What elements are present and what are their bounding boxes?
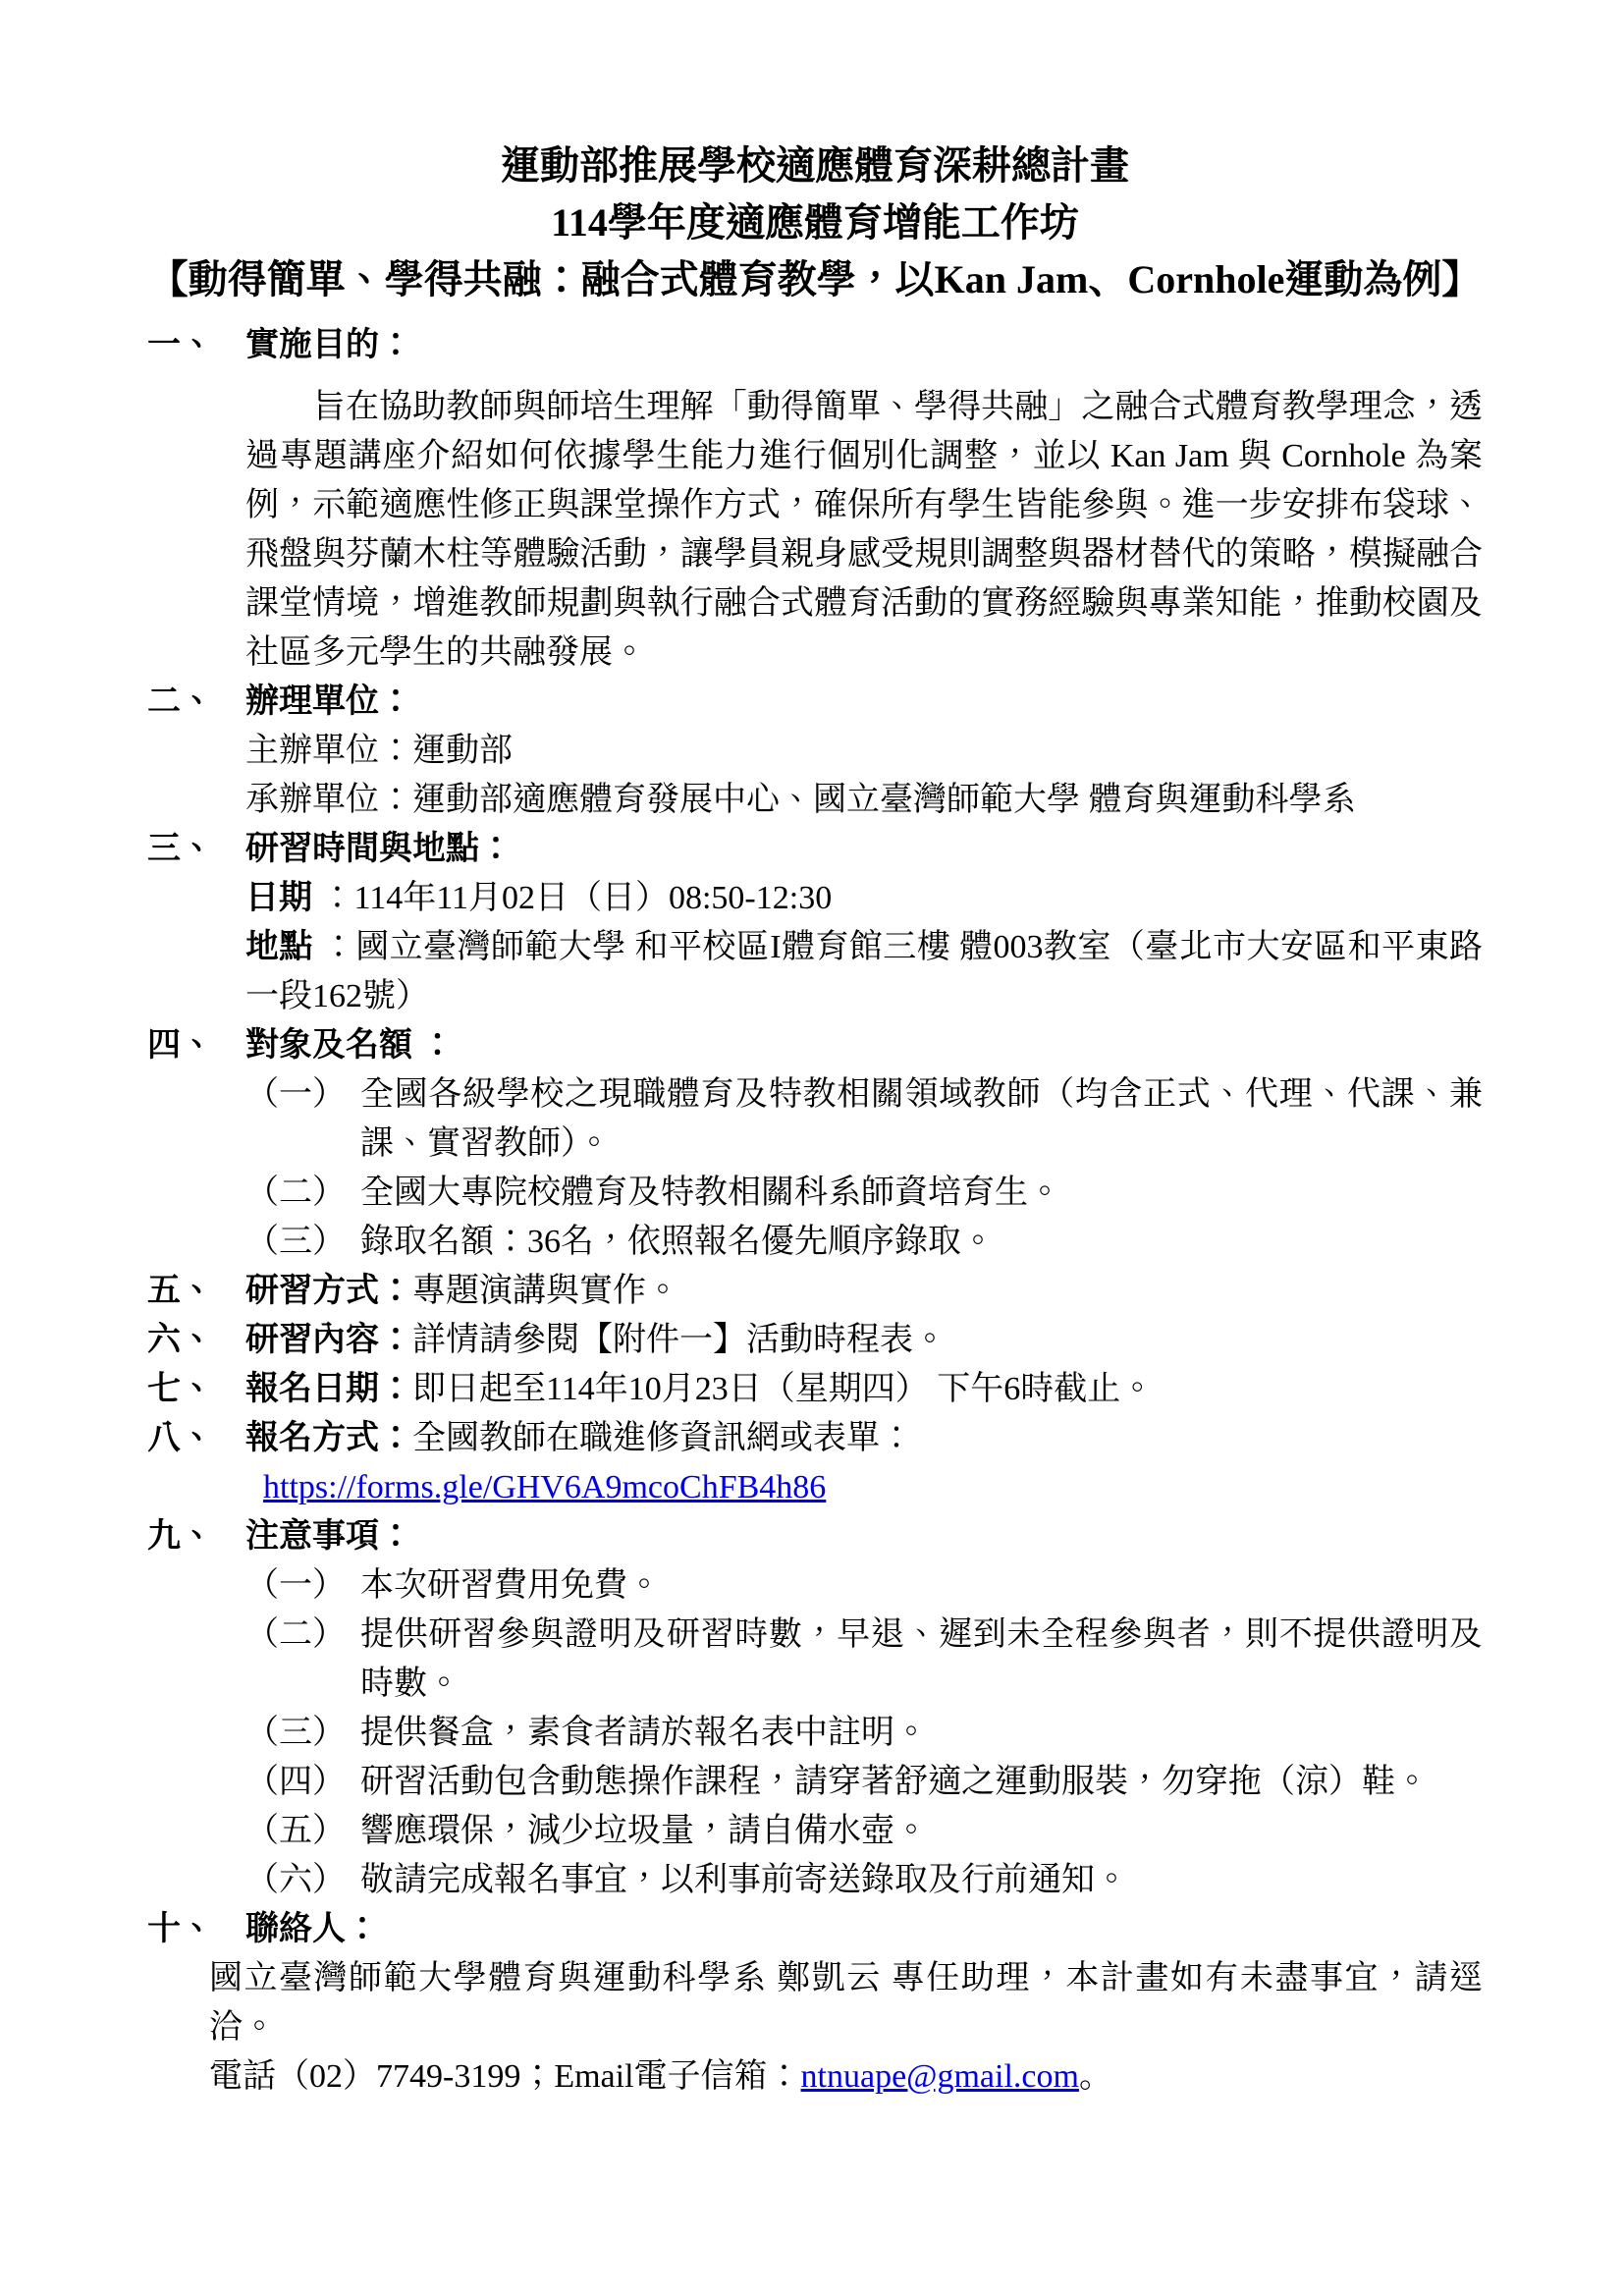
date-value: ：114年11月02日（日）08:50-12:30 xyxy=(312,880,832,916)
list-marker: （五） xyxy=(245,1807,360,1856)
list-item-text: 本次研習費用免費。 xyxy=(360,1561,1483,1611)
list-item-text: 響應環保，減少垃圾量，請自備水壺。 xyxy=(360,1807,1483,1856)
section-number: 二、 xyxy=(147,678,245,727)
section-6-row: 六、 研習內容：詳情請參閱【附件一】活動時程表。 xyxy=(147,1316,1483,1365)
list-item-text: 錄取名額：36名，依照報名優先順序錄取。 xyxy=(360,1218,1483,1267)
list-item: （一） 全國各級學校之現職體育及特教相關領域教師（均含正式、代理、代課、兼課、實… xyxy=(245,1070,1483,1169)
section-heading: 對象及名額 ： xyxy=(245,1021,455,1070)
document-page: 運動部推展學校適應體育深耕總計畫 114學年度適應體育增能工作坊 【動得簡單、學… xyxy=(0,0,1624,2296)
doc-title-line1: 運動部推展學校適應體育深耕總計畫 xyxy=(128,137,1502,194)
section-heading: 注意事項： xyxy=(245,1512,412,1561)
list-item: （六） 敬請完成報名事宜，以利事前寄送錄取及行前通知。 xyxy=(245,1856,1483,1905)
list-item: （三） 錄取名額：36名，依照報名優先順序錄取。 xyxy=(245,1218,1483,1267)
list-marker: （一） xyxy=(245,1070,360,1120)
section-number: 三、 xyxy=(147,825,245,874)
list-item: （四） 研習活動包含動態操作課程，請穿著舒適之運動服裝，勿穿拖（涼）鞋。 xyxy=(245,1758,1483,1807)
location-label: 地點 xyxy=(245,929,313,965)
contact-email-link[interactable]: ntnuape@gmail.com xyxy=(801,2058,1079,2095)
section-line: 報名日期：即日起至114年10月23日（星期四） 下午6時截止。 xyxy=(245,1365,1483,1414)
list-item-text: 全國大專院校體育及特教相關科系師資培育生。 xyxy=(360,1169,1483,1218)
section-9-heading-row: 九、 注意事項： xyxy=(147,1512,1483,1561)
section-text: 詳情請參閱【附件一】活動時程表。 xyxy=(412,1322,947,1358)
section-4-heading-row: 四、 對象及名額 ： xyxy=(147,1021,1483,1070)
list-item: （五） 響應環保，減少垃圾量，請自備水壺。 xyxy=(245,1807,1483,1856)
list-marker: （三） xyxy=(245,1709,360,1758)
registration-form-link[interactable]: https://forms.gle/GHV6A9mcoChFB4h86 xyxy=(263,1469,826,1505)
section-number: 一、 xyxy=(147,321,245,370)
section-number: 六、 xyxy=(147,1316,245,1365)
date-label: 日期 xyxy=(245,880,312,916)
location-value: ：國立臺灣師範大學 和平校區I體育館三樓 體003教室（臺北市大安區和平東路一段… xyxy=(245,929,1483,1014)
list-marker: （二） xyxy=(245,1611,360,1660)
section-heading: 報名日期： xyxy=(245,1371,412,1407)
list-item-text: 提供研習參與證明及研習時數，早退、遲到未全程參與者，則不提供證明及時數。 xyxy=(360,1611,1483,1709)
section-text: 即日起至114年10月23日（星期四） 下午6時截止。 xyxy=(412,1371,1154,1407)
section-8-row: 八、 報名方式：全國教師在職進修資訊網或表單：https://forms.gle… xyxy=(147,1414,1483,1512)
section-heading: 聯絡人： xyxy=(245,1905,379,1954)
section-5-row: 五、 研習方式：專題演講與實作。 xyxy=(147,1267,1483,1316)
section-text: 專題演講與實作。 xyxy=(412,1273,679,1309)
list-item: （二） 提供研習參與證明及研習時數，早退、遲到未全程參與者，則不提供證明及時數。 xyxy=(245,1611,1483,1709)
list-item: （一） 本次研習費用免費。 xyxy=(245,1561,1483,1611)
section-number: 七、 xyxy=(147,1365,245,1414)
contact-phone-email-line: 電話（02）7749-3199；Email電子信箱：ntnuape@gmail.… xyxy=(209,2052,1483,2102)
section-number: 八、 xyxy=(147,1414,245,1463)
doc-title-line2: 114學年度適應體育增能工作坊 xyxy=(128,194,1502,251)
section-1-paragraph: 旨在協助教師與師培生理解「動得簡單、學得共融」之融合式體育教學理念，透過專題講座… xyxy=(245,383,1483,678)
section-heading: 報名方式： xyxy=(245,1420,412,1456)
section-heading: 研習內容： xyxy=(245,1322,412,1358)
list-marker: （一） xyxy=(245,1561,360,1611)
location-line: 地點 ：國立臺灣師範大學 和平校區I體育館三樓 體003教室（臺北市大安區和平東… xyxy=(245,923,1483,1021)
section-1-heading-row: 一、 實施目的： xyxy=(147,321,1483,370)
section-2-heading-row: 二、 辦理單位： xyxy=(147,678,1483,727)
list-marker: （六） xyxy=(245,1856,360,1905)
section-heading: 研習方式： xyxy=(245,1273,412,1309)
co-organizer-line: 承辦單位：運動部適應體育發展中心、國立臺灣師範大學 體育與運動科學系 xyxy=(245,776,1483,825)
contact-info: 國立臺灣師範大學體育與運動科學系 鄭凱云 專任助理，本計畫如有未盡事宜，請逕洽。… xyxy=(209,1954,1483,2102)
organizer-line: 主辦單位：運動部 xyxy=(245,727,1483,776)
list-marker: （四） xyxy=(245,1758,360,1807)
section-line: 報名方式：全國教師在職進修資訊網或表單：https://forms.gle/GH… xyxy=(245,1414,1483,1512)
list-item-text: 研習活動包含動態操作課程，請穿著舒適之運動服裝，勿穿拖（涼）鞋。 xyxy=(360,1758,1483,1807)
section-3-heading-row: 三、 研習時間與地點： xyxy=(147,825,1483,874)
contact-line: 國立臺灣師範大學體育與運動科學系 鄭凱云 專任助理，本計畫如有未盡事宜，請逕洽。 xyxy=(209,1954,1483,2052)
section-line: 研習方式：專題演講與實作。 xyxy=(245,1267,1483,1316)
list-marker: （二） xyxy=(245,1169,360,1218)
section-number: 五、 xyxy=(147,1267,245,1316)
section-number: 九、 xyxy=(147,1512,245,1561)
title-block: 運動部推展學校適應體育深耕總計畫 114學年度適應體育增能工作坊 【動得簡單、學… xyxy=(128,137,1502,308)
doc-title-line3: 【動得簡單、學得共融：融合式體育教學，以Kan Jam、Cornhole運動為例… xyxy=(128,251,1502,308)
contact-line-suffix: 。 xyxy=(1079,2058,1112,2095)
list-item-text: 提供餐盒，素食者請於報名表中註明。 xyxy=(360,1709,1483,1758)
contact-phone-text: 電話（02）7749-3199；Email電子信箱： xyxy=(209,2058,801,2095)
section-number: 四、 xyxy=(147,1021,245,1070)
section-text: 全國教師在職進修資訊網或表單： xyxy=(412,1420,913,1456)
document-body: 一、 實施目的： 旨在協助教師與師培生理解「動得簡單、學得共融」之融合式體育教學… xyxy=(147,321,1483,2102)
section-heading: 實施目的： xyxy=(245,321,412,370)
list-item: （三） 提供餐盒，素食者請於報名表中註明。 xyxy=(245,1709,1483,1758)
list-item: （二） 全國大專院校體育及特教相關科系師資培育生。 xyxy=(245,1169,1483,1218)
list-item-text: 敬請完成報名事宜，以利事前寄送錄取及行前通知。 xyxy=(360,1856,1483,1905)
list-item-text: 全國各級學校之現職體育及特教相關領域教師（均含正式、代理、代課、兼課、實習教師）… xyxy=(360,1070,1483,1169)
section-number: 十、 xyxy=(147,1905,245,1954)
section-7-row: 七、 報名日期：即日起至114年10月23日（星期四） 下午6時截止。 xyxy=(147,1365,1483,1414)
section-10-heading-row: 十、 聯絡人： xyxy=(147,1905,1483,1954)
date-line: 日期 ：114年11月02日（日）08:50-12:30 xyxy=(245,874,1483,923)
section-line: 研習內容：詳情請參閱【附件一】活動時程表。 xyxy=(245,1316,1483,1365)
section-heading: 辦理單位： xyxy=(245,678,412,727)
section-heading: 研習時間與地點： xyxy=(245,825,513,874)
list-marker: （三） xyxy=(245,1218,360,1267)
